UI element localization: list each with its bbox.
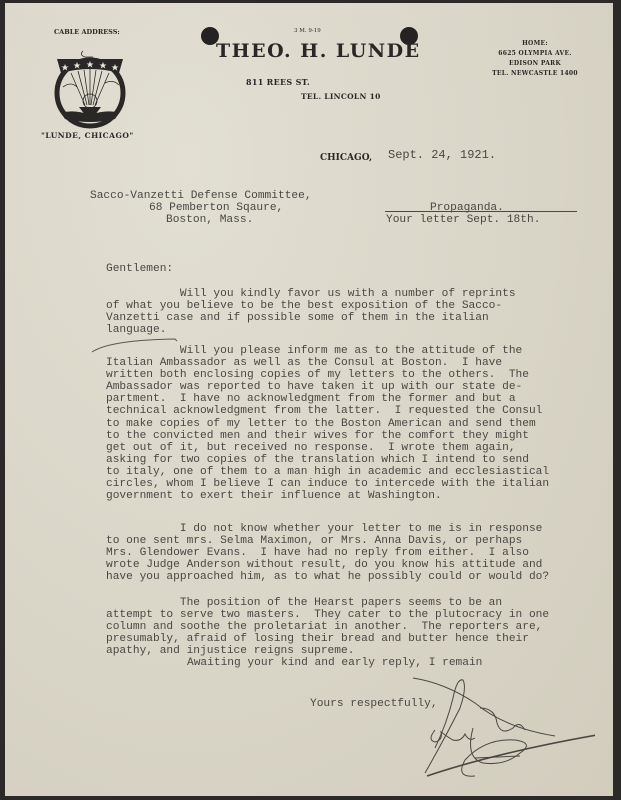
paragraph-3: I do not know whether your letter to me … — [106, 523, 549, 583]
print-code: 3 M. 9-19 — [294, 28, 321, 34]
cable-address: "LUNDE, CHICAGO" — [41, 131, 134, 140]
paragraph-4: The position of the Hearst papers seems … — [106, 597, 549, 657]
cable-label: CABLE ADDRESS: — [54, 28, 120, 36]
home-address-block: HOME: 6625 OLYMPIA AVE. EDISON PARK TEL.… — [475, 39, 595, 79]
recipient-line-3: Boston, Mass. — [166, 214, 253, 226]
street-address: 811 REES ST. — [246, 77, 310, 87]
recipient-line-2: 68 Pemberton Sqaure, — [149, 202, 283, 214]
home-label: HOME: — [475, 39, 595, 49]
reference-rule — [385, 211, 577, 212]
paragraph-2: Will you please inform me as to the atti… — [106, 345, 549, 502]
reference-subject: Propaganda. — [430, 202, 504, 214]
home-area: EDISON PARK — [475, 59, 595, 69]
office-phone: TEL. LINCOLN 10 — [301, 92, 381, 101]
reference-your-letter: Your letter Sept. 18th. — [386, 214, 540, 226]
ship-emblem-icon — [49, 47, 131, 129]
home-street: 6625 OLYMPIA AVE. — [475, 49, 595, 59]
dateline-city: CHICAGO, — [320, 153, 372, 163]
recipient-line-1: Sacco-Vanzetti Defense Committee, — [90, 190, 312, 202]
signature: Theo. H. Lunde — [405, 668, 595, 783]
letter-page: CABLE ADDRESS: "LUNDE, CHICAGO" 3 M. 9-1… — [5, 3, 613, 796]
home-phone: TEL. NEWCASTLE 1400 — [475, 69, 595, 79]
salutation: Gentlemen: — [106, 263, 173, 275]
company-name: THEO. H. LUNDE — [216, 40, 421, 62]
paragraph-1: Will you kindly favor us with a number o… — [106, 288, 516, 336]
dateline-date: Sept. 24, 1921. — [388, 149, 496, 161]
